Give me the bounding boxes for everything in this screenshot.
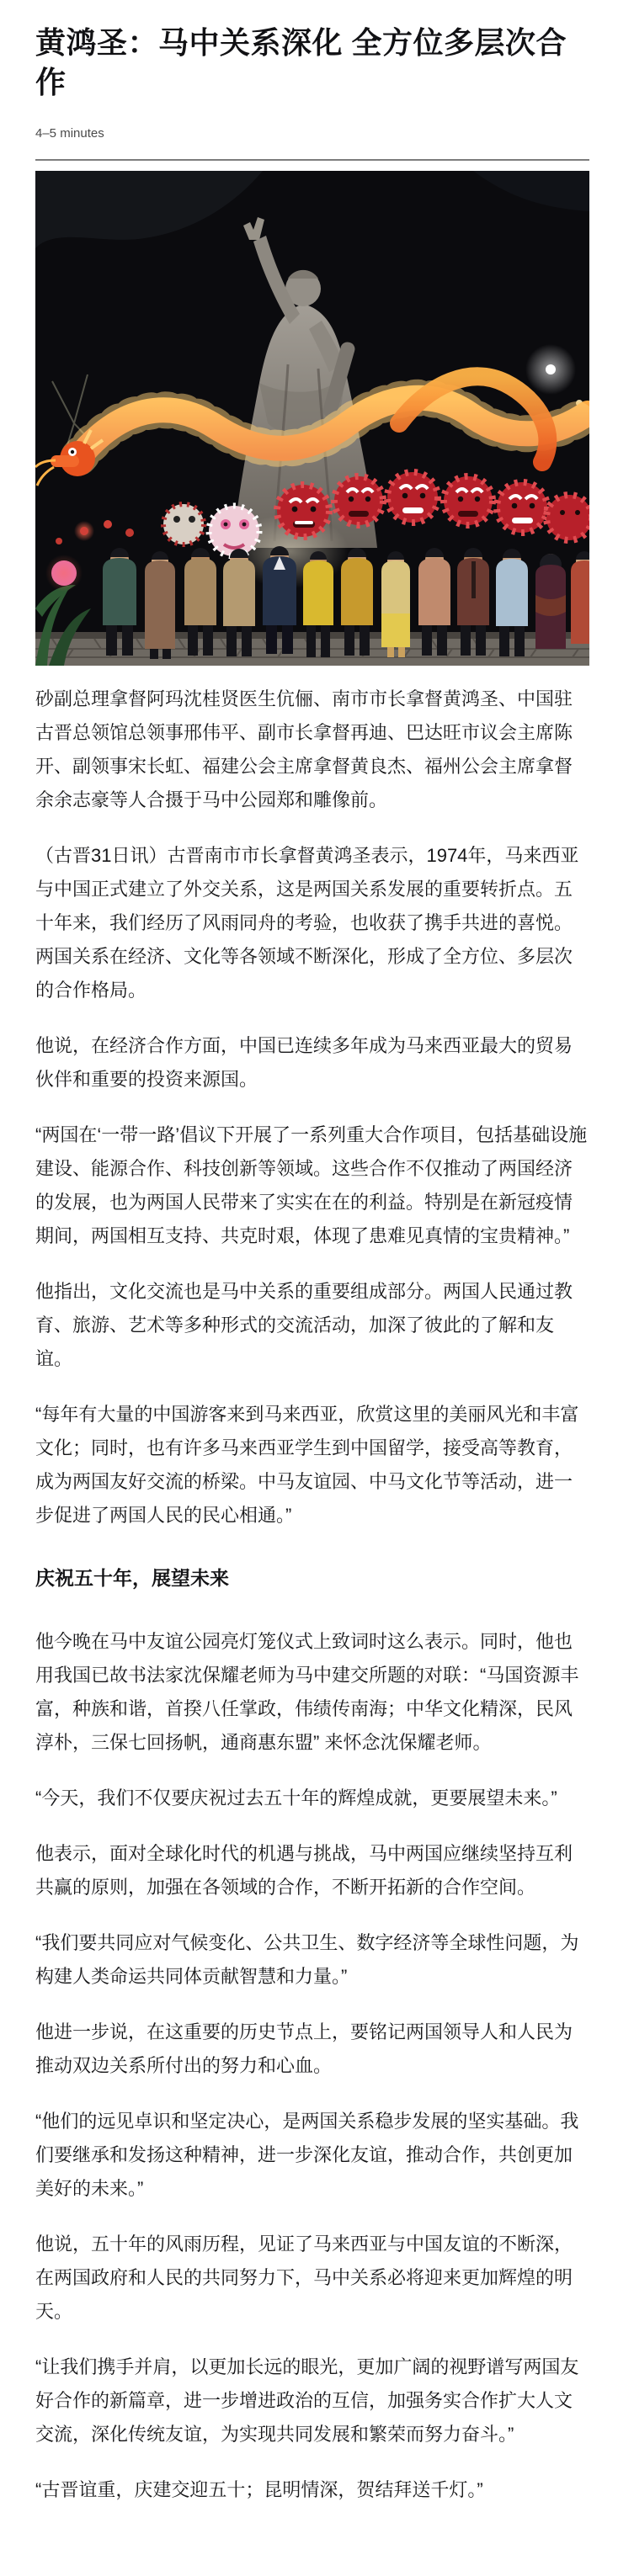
article-paragraph: “我们要共同应对气候变化、公共卫生、数字经济等全球性问题，为构建人类命运共同体贡… — [35, 1926, 589, 1994]
article-figure: 砂副总理拿督阿玛沈桂贤医生伉俪、南市市长拿督黄鸿圣、中国驻古晋总领馆总领事邢伟平… — [35, 171, 589, 817]
article-body: （古晋31日讯）古晋南市市长拿督黄鸿圣表示，1974年，马来西亚与中国正式建立了… — [35, 839, 589, 2507]
article-paragraph: “每年有大量的中国游客来到马来西亚，欣赏这里的美丽风光和丰富文化；同时，也有许多… — [35, 1398, 589, 1532]
photo-caption: 砂副总理拿督阿玛沈桂贤医生伉俪、南市市长拿督黄鸿圣、中国驻古晋总领馆总领事邢伟平… — [35, 683, 589, 817]
article-paragraph: “古晋谊重，庆建交迎五十；昆明情深，贺结拜送千灯。” — [35, 2473, 589, 2507]
article-paragraph: （古晋31日讯）古晋南市市长拿督黄鸿圣表示，1974年，马来西亚与中国正式建立了… — [35, 839, 589, 1007]
white-lion-head — [163, 504, 204, 544]
article-paragraph: 他说，五十年的风雨历程，见证了马来西亚与中国友谊的不断深，在两国政府和人民的共同… — [35, 2228, 589, 2329]
article-title: 黄鸿圣：马中关系深化 全方位多层次合作 — [35, 24, 589, 103]
article-paragraph: 他指出，文化交流也是马中关系的重要组成部分。两国人民通过教育、旅游、艺术等多种形… — [35, 1275, 589, 1376]
article-paragraph: “两国在‘一带一路’倡议下开展了一系列重大合作项目，包括基础设施建设、能源合作、… — [35, 1118, 589, 1253]
article-paragraph: “让我们携手并肩，以更加长远的眼光，更加广阔的视野谱写两国友好合作的新篇章，进一… — [35, 2350, 589, 2451]
reading-time: 4–5 minutes — [35, 126, 589, 141]
photo-illustration — [35, 171, 589, 666]
article-page: 黄鸿圣：马中关系深化 全方位多层次合作 4–5 minutes — [0, 0, 618, 2576]
article-paragraph: 他今晚在马中友谊公园亮灯笼仪式上致词时这么表示。同时，他也用我国已故书法家沈保耀… — [35, 1625, 589, 1760]
article-paragraph: 他说，在经济合作方面，中国已连续多年成为马来西亚最大的贸易伙伴和重要的投资来源国… — [35, 1029, 589, 1097]
section-subheading: 庆祝五十年，展望未来 — [35, 1564, 589, 1591]
article-paragraph: “今天，我们不仅要庆祝过去五十年的辉煌成就，更要展望未来。” — [35, 1782, 589, 1815]
article-paragraph: “他们的远见卓识和坚定决心，是两国关系稳步发展的坚实基础。我们要继承和发扬这种精… — [35, 2105, 589, 2206]
pink-lion-head — [209, 506, 259, 556]
article-paragraph: 他表示，面对全球化时代的机遇与挑战，马中两国应继续坚持互利共赢的原则，加强在各领… — [35, 1837, 589, 1904]
article-photo — [35, 171, 589, 666]
article-paragraph: 他进一步说，在这重要的历史节点上，要铭记两国领导人和人民为推动双边关系所付出的努… — [35, 2016, 589, 2083]
divider — [35, 159, 589, 161]
